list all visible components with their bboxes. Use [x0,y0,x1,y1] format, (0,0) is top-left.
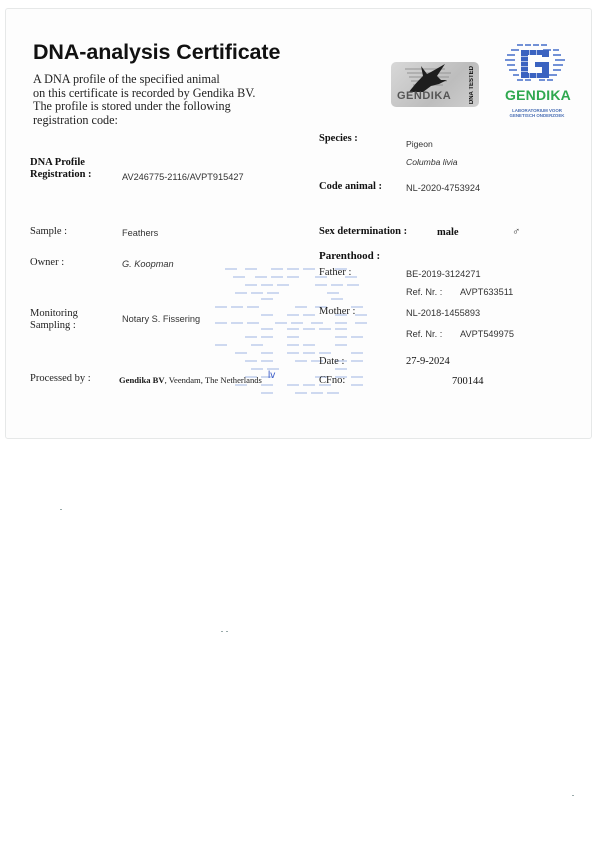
owner-value: G. Koopman [122,259,174,269]
gendika-g-logo-icon [503,42,567,86]
registration-label-line: DNA Profile [30,157,92,169]
seal-vertical-label: DNA TESTED [469,66,475,104]
scan-speck [226,631,228,632]
logo-subtitle-line: GENETISCH ONDERZOEK [506,113,568,118]
mother-value: NL-2018-1455893 [406,308,480,318]
certificate-intro: A DNA profile of the specified animal on… [33,73,255,127]
species-latin-value: Columba livia [406,157,458,167]
code-animal-value: NL-2020-4753924 [406,183,480,193]
monitoring-label-line: Monitoring [30,308,78,320]
date-value: 27-9-2024 [406,356,450,367]
intro-line: The profile is stored under the followin… [33,100,255,114]
monitoring-value: Notary S. Fissering [122,314,200,324]
monitoring-label-line: Sampling : [30,320,78,332]
sample-label: Sample : [30,226,67,237]
code-animal-label: Code animal : [319,181,382,192]
sample-value: Feathers [122,228,158,238]
registration-label-line: Registration : [30,169,92,181]
logo-brand: GENDIKA [505,87,571,103]
scan-speck [572,795,574,796]
seal-brand: GENDIKA [397,90,451,102]
registration-value: AV246775-2116/AVPT915427 [122,172,244,182]
father-value: BE-2019-3124271 [406,269,481,279]
processed-value-text: Gendika BV, Veendam, The Netherlands [119,375,262,385]
species-common-value: Pigeon [406,139,433,149]
mother-ref-label: Ref. Nr. : [406,329,442,339]
owner-label: Owner : [30,257,64,268]
monitoring-label: Monitoring Sampling : [30,308,78,332]
intro-line: registration code: [33,114,255,128]
mother-ref-value: AVPT549975 [460,329,514,339]
intro-line: on this certificate is recorded by Gendi… [33,87,255,101]
signature-mark: lv [268,370,275,381]
sex-label: Sex determination : [319,226,407,237]
father-ref-value: AVPT633511 [460,287,513,297]
processed-label: Processed by : [30,373,91,384]
certificate-title: DNA-analysis Certificate [33,40,280,65]
sex-value: male [437,227,459,238]
dna-tested-seal: GENDIKA DNA TESTED [391,62,479,107]
processed-value: Gendika BV, Veendam, The Netherlands [119,375,262,385]
scan-speck [221,631,223,632]
intro-line: A DNA profile of the specified animal [33,73,255,87]
cfno-value: 700144 [452,376,484,387]
parenthood-label: Parenthood : [319,250,380,262]
cfno-label: CFno: [319,375,345,386]
logo-subtitle: LABORATORIUM VOOR GENETISCH ONDERZOEK [506,108,568,118]
father-ref-label: Ref. Nr. : [406,287,442,297]
species-label: Species : [319,133,358,144]
registration-label: DNA Profile Registration : [30,157,92,181]
mother-label: Mother : [319,306,355,317]
date-label: Date : [319,356,344,367]
father-label: Father : [319,267,351,278]
male-symbol-icon: ♂ [512,226,520,238]
scan-speck [60,509,62,510]
